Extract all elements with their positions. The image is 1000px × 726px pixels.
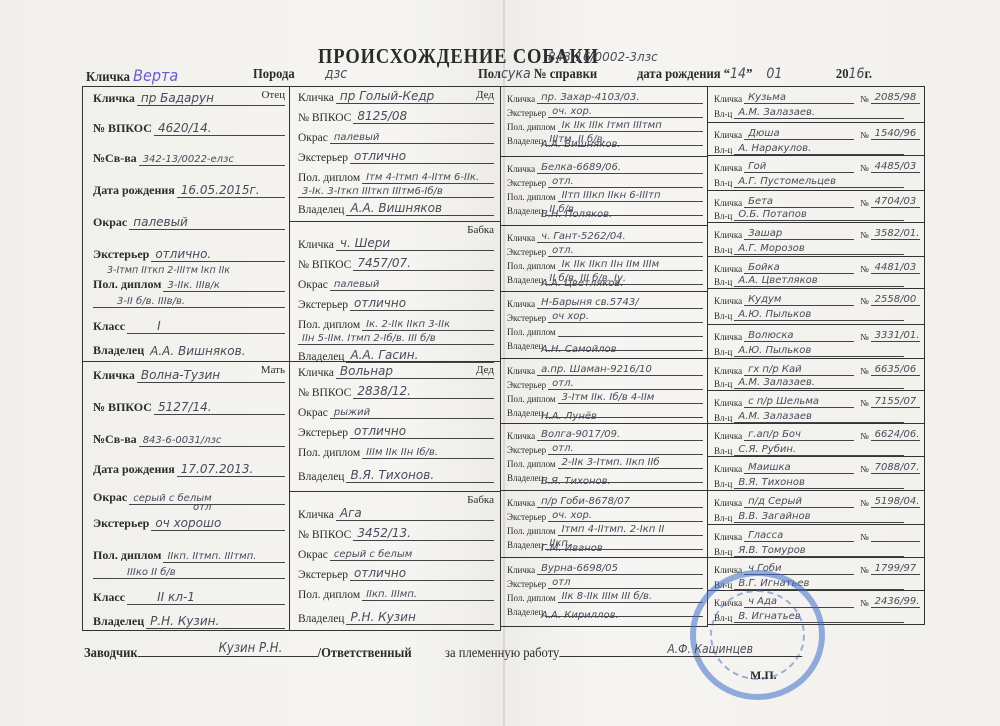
gggp-owner: А.М. Залазаев xyxy=(738,411,812,422)
great-grandparent-card: КличкаБелка-6689/06.Экстерьеротл.Пол. ди… xyxy=(500,156,708,226)
gggp-name: п/д Серый xyxy=(748,496,802,507)
great-great-grandparent-card: КличкаГой№4485/03Вл-цА.Г. Пустомельцев xyxy=(707,155,925,191)
grandparent-exterior: отлично xyxy=(354,424,406,438)
gggp-owner: В.В. Загайнов xyxy=(738,511,810,522)
grandparent-vpkos: 3452/13. xyxy=(357,526,411,540)
grandparent-owner: А.А. Вишняков xyxy=(350,201,442,215)
gggp-number: 2558/00 xyxy=(875,294,917,305)
header-sex: Полсука № справки xyxy=(478,66,597,83)
grandparent-vpkos: 2838/12. xyxy=(357,384,411,398)
gggp-owner: О.Б. Потапов xyxy=(738,209,806,220)
ggp-exterior: отл xyxy=(552,577,570,588)
gggp-number: 2085/98 xyxy=(875,92,917,103)
gggp-name: Кудум xyxy=(748,294,781,305)
ggp-name: а.пр. Шаман-9216/10 xyxy=(541,364,652,375)
ggp-diploma: Iк IIк IIкп IIн IIм IIIм xyxy=(562,259,660,270)
ggp-owner: А.А. Вишняков. xyxy=(541,139,621,150)
header-breed: Порода дзс xyxy=(253,66,347,83)
mother-exterior: оч хорошо xyxy=(155,516,221,530)
grandparent-name: Ага xyxy=(340,506,362,520)
gggp-owner: А.М. Залазаев. xyxy=(738,107,815,118)
great-great-grandparent-card: Кличкас п/р Шельма№7155/07Вл-цА.М. Залаз… xyxy=(707,390,925,424)
gggp-owner: В.Я. Тихонов xyxy=(738,477,805,488)
grandparent-exterior: отлично xyxy=(354,566,406,580)
gggp-owner: С.Я. Рубин. xyxy=(738,444,796,455)
ggp-name: п/р Гоби-8678/07 xyxy=(541,496,630,507)
gggp-number: 5198/04. xyxy=(875,496,920,507)
gggp-name: с п/р Шельма xyxy=(748,396,819,407)
grandparent-exterior: отлично xyxy=(354,296,406,310)
ggp-diploma: Iк IIк IIIк Iтмп IIIтмп xyxy=(562,120,662,131)
father-class: I xyxy=(157,319,161,333)
gggp-owner: Я.В. Томуров xyxy=(738,545,805,556)
gggp-owner: А.Ю. Пыльков xyxy=(738,309,811,320)
ggp-name: Белка-6689/06. xyxy=(541,162,621,173)
grandparent-diploma: Iк. 2-IIк IIкп 3-IIк xyxy=(366,319,450,330)
ggp-owner: В.Я. Тихонов. xyxy=(541,476,611,487)
mother-section: Мать КличкаВолна-Тузин № ВПКОС5127/14. №… xyxy=(82,361,290,631)
grandparent-color: палевый xyxy=(334,132,380,143)
grandparent-color: серый с белым xyxy=(334,549,412,560)
great-grandparent-card: КличкаВолга-9017/09.Экстерьеротл.Пол. ди… xyxy=(500,423,708,491)
mother-dob: 17.07.2013. xyxy=(181,462,254,476)
great-great-grandparent-card: Кличкаг.ап/р Боч№6624/06.Вл-цС.Я. Рубин. xyxy=(707,423,925,457)
ggp-owner: Г.М. Иванов xyxy=(541,543,603,554)
gggp-owner: А.Г. Морозов xyxy=(738,243,805,254)
ggp-exterior: отл. xyxy=(552,378,574,389)
gggp-name: Дюша xyxy=(748,128,780,139)
ggp-owner: Н.А. Лунёв xyxy=(541,411,597,422)
father-color: палевый xyxy=(133,215,188,229)
gggp-name: Волюска xyxy=(748,330,793,341)
responsible-signature: за племенную работуА.Ф. Кашинцев xyxy=(445,646,802,662)
father-dob: 16.05.2015г. xyxy=(181,183,260,197)
ggp-owner: А.А. Кириллов. xyxy=(541,610,619,621)
father-name: пр Бадарун xyxy=(141,91,214,105)
great-great-grandparent-card: КличкаЗашар№3582/01.Вл-цА.Г. Морозов xyxy=(707,222,925,257)
gggp-number: 7155/07 xyxy=(875,396,917,407)
great-great-grandparent-card: КличкаБета№4704/03Вл-цО.Б. Потапов xyxy=(707,190,925,223)
gggp-number: 3331/01. xyxy=(875,330,920,341)
ggp-diploma: 3-Iтм IIк. Iб/в 4-IIм xyxy=(562,392,655,403)
ggp-diploma: IIтп IIIкп IIкн 6-IIIтп xyxy=(562,190,661,201)
cert-number: 843-16/0002-3лзс xyxy=(548,50,658,64)
sex-value: сука xyxy=(501,66,531,82)
header-dob: дата рождения “14” 01 2016г. xyxy=(637,66,872,83)
ggp-name: Волга-9017/09. xyxy=(541,429,620,440)
mother-owner: Р.Н. Кузин. xyxy=(150,614,219,628)
great-great-grandparent-card: КличкаДюша№1540/96Вл-цА. Наракулов. xyxy=(707,122,925,156)
great-great-grandparent-card: КличкаКудум№2558/00Вл-цА.Ю. Пыльков xyxy=(707,288,925,325)
great-great-grandparent-card: КличкаБойка№4481/03Вл-цА.А. Цветляков xyxy=(707,256,925,289)
ggp-owner: А.А. Цветляков. xyxy=(541,278,624,289)
father-exterior: отлично. xyxy=(155,247,211,261)
mother-sv: 843-6-0031/лзс xyxy=(143,435,222,446)
mother-vpkos: 5127/14. xyxy=(158,400,212,414)
grandparent-diploma: IIIм IIк IIн Iб/в. xyxy=(366,447,438,458)
gggp-name: г.ап/р Боч xyxy=(748,429,801,440)
gggp-number: 1799/97 xyxy=(875,563,917,574)
gggp-owner: А.М. Залазаев. xyxy=(738,377,815,388)
gggp-name: Маишка xyxy=(748,462,791,473)
mother-name: Волна-Тузин xyxy=(141,368,220,382)
ggp-name: пр. Захар-4103/03. xyxy=(541,92,640,103)
great-grandparent-card: Кличкап/р Гоби-8678/07Экстерьероч. хор.П… xyxy=(500,490,708,558)
great-grandparent-card: КличкаН-Барыня св.5743/Экстерьероч хор.П… xyxy=(500,291,708,359)
gggp-number: 6624/06. xyxy=(875,429,920,440)
gggp-number: 3582/01. xyxy=(875,228,920,239)
gggp-name: Гой xyxy=(748,161,766,172)
ggp-diploma: IIк 8-IIк IIIм III б/в. xyxy=(562,591,652,602)
ggp-diploma: 2-IIк 3-Iтмп. IIкп IIб xyxy=(562,457,660,468)
ggp-exterior: отл. xyxy=(552,443,574,454)
great-grandparent-card: Кличкапр. Захар-4103/03.Экстерьероч. хор… xyxy=(500,86,708,157)
seal-label: М.П. xyxy=(750,668,777,683)
father-sv: 342-13/0022-елзс xyxy=(143,154,234,165)
grandparent-name: пр Голый-Кедр xyxy=(340,89,434,103)
grandparent-vpkos: 8125/08 xyxy=(357,109,407,123)
great-great-grandparent-card: КличкаМаишка№7088/07.Вл-цВ.Я. Тихонов xyxy=(707,456,925,491)
grandparent-card: БабкаКличкаАга№ ВПКОС3452/13.Окрассерый … xyxy=(289,491,501,631)
gggp-number: 2436/99. xyxy=(875,596,920,607)
ggp-exterior: оч. хор. xyxy=(552,106,592,117)
grandparent-owner: А.А. Гасин. xyxy=(350,348,418,362)
great-great-grandparent-card: КличкаКузьма№2085/98Вл-цА.М. Залазаев. xyxy=(707,86,925,123)
great-great-grandparent-card: Кличкап/д Серый№5198/04.Вл-цВ.В. Загайно… xyxy=(707,490,925,525)
grandparent-exterior: отлично xyxy=(354,149,406,163)
grandparent-owner: Р.Н. Кузин xyxy=(350,610,415,624)
ggp-name: Вурна-6698/05 xyxy=(541,563,618,574)
gggp-owner: А.А. Цветляков xyxy=(738,275,817,286)
grandparent-color: палевый xyxy=(334,279,380,290)
ggp-exterior: оч. хор. xyxy=(552,510,592,521)
great-grandparent-card: Кличкаа.пр. Шаман-9216/10Экстерьеротл.По… xyxy=(500,358,708,424)
grandparent-card: ДедКличкапр Голый-Кедр№ ВПКОС8125/08Окра… xyxy=(289,86,501,222)
grandparent-card: ДедКличкаВольнар№ ВПКОС2838/12.Окрасрыжи… xyxy=(289,361,501,492)
gggp-number: 1540/96 xyxy=(875,128,917,139)
gggp-name: Гласса xyxy=(748,530,783,541)
gggp-number: 4485/03 xyxy=(875,161,917,172)
responsible-name: А.Ф. Кашинцев xyxy=(667,642,753,656)
grandparent-card: БабкаКличкач. Шери№ ВПКОС7457/07.Окраспа… xyxy=(289,221,501,362)
gggp-name: Кузьма xyxy=(748,92,786,103)
breeder-name: Кузин Р.Н. xyxy=(219,641,283,656)
ggp-exterior: отл. xyxy=(552,245,574,256)
grandparent-diploma: Iтм 4-Iтмп 4-IIтм 6-IIк. xyxy=(366,172,479,183)
gggp-owner: А. Наракулов. xyxy=(738,143,811,154)
father-section: Отец Кличкапр Бадарун № ВПКОС4620/14. №С… xyxy=(82,86,290,362)
grandparent-owner: В.Я. Тихонов. xyxy=(350,468,434,482)
header-name: Кличка Верта xyxy=(86,66,178,86)
great-great-grandparent-card: КличкаГласса№Вл-цЯ.В. Томуров xyxy=(707,524,925,558)
ggp-name: ч. Гант-5262/04. xyxy=(541,231,626,242)
ggp-name: Н-Барыня св.5743/ xyxy=(541,297,638,308)
gggp-number: 7088/07. xyxy=(875,462,920,473)
dog-name: Верта xyxy=(133,66,178,85)
grandparent-diploma: IIкп. IIIмп. xyxy=(366,589,417,600)
grandparent-name: Вольнар xyxy=(340,364,393,378)
ggp-exterior: отл. xyxy=(552,176,574,187)
great-great-grandparent-card: КличкаВолюска№3331/01.Вл-цА.Ю. Пыльков xyxy=(707,324,925,359)
grandparent-vpkos: 7457/07. xyxy=(357,256,411,270)
great-grandparent-card: КличкаВурна-6698/05ЭкстерьеротлПол. дипл… xyxy=(500,557,708,627)
breeder-signature: ЗаводчикКузин Р.Н./Ответственный xyxy=(84,646,412,662)
gggp-owner: А.Г. Пустомельцев xyxy=(738,176,836,187)
gggp-name: Зашар xyxy=(748,228,782,239)
grandparent-color: рыжий xyxy=(334,407,370,418)
grandparent-name: ч. Шери xyxy=(340,236,390,250)
mother-class: II кл-1 xyxy=(157,590,195,604)
great-grandparent-card: Кличкач. Гант-5262/04.Экстерьеротл.Пол. … xyxy=(500,225,708,292)
gggp-owner: А.Ю. Пыльков xyxy=(738,345,811,356)
father-owner: А.А. Вишняков. xyxy=(150,344,245,358)
ggp-exterior: оч хор. xyxy=(552,311,589,322)
father-vpkos: 4620/14. xyxy=(158,121,212,135)
ggp-owner: А.Н. Самойлов xyxy=(541,344,617,355)
breed-value: дзс xyxy=(325,66,347,82)
ggp-owner: В.Н. Поляков. xyxy=(541,209,612,220)
ggp-diploma: Iтмп 4-IIтмп. 2-Iкп II xyxy=(562,524,665,535)
great-great-grandparent-card: Кличкагх п/р Кай№6635/06Вл-цА.М. Залазае… xyxy=(707,358,925,391)
